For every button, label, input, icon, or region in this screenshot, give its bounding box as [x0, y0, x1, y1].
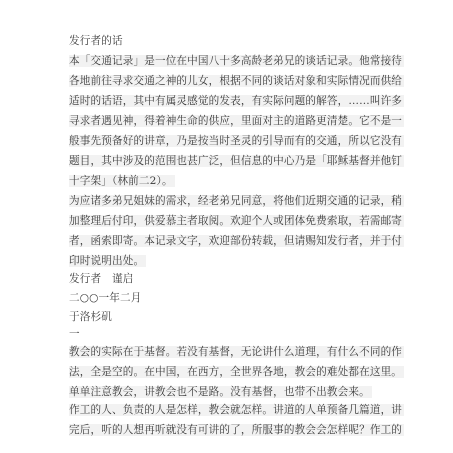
line-text: 题目，其中涉及的范围也甚广泛，但信息的中心乃是「耶稣基督并他钉 — [69, 155, 404, 167]
paragraph-line: 法，全是空的。在中国，在西方，全世界各地，教会的难处都在这里。 — [69, 364, 404, 380]
line-text: 教会的实际在于基督。若没有基督，无论讲什么道理，有什么不同的作 — [69, 346, 404, 358]
paragraph-line: 十字架」（林前二2）。 — [69, 173, 175, 189]
line-text: 作工的人、负责的人是怎样，教会就怎样。讲道的人单预备几篇道，讲 — [69, 404, 404, 416]
paragraph-line: 适时的话语，其中有属灵感觉的发表，有实际问题的解答，……叫许多 — [69, 93, 404, 109]
line-text: 本「交通记录」是一位在中国八十多高龄老弟兄的谈话记录。他常接待 — [69, 55, 404, 67]
line-text: 一 — [69, 328, 80, 340]
paragraph-line: 印时说明出处。 — [69, 253, 146, 269]
paragraph-line: 寻求者遇见神，得着神生命的供应，里面对主的道路更清楚。它不是一 — [69, 113, 404, 129]
line-text: 适时的话语，其中有属灵感觉的发表，有实际问题的解答，……叫许多 — [69, 95, 404, 107]
paragraph-line: 单单注意教会，讲教会也不是路。没有基督，也带不出教会来。 — [69, 384, 372, 400]
line-text: 完后，听的人想再听就没有可讲的了，所服事的教会会怎样呢？作工的 — [69, 424, 404, 436]
line-text: 印时说明出处。 — [69, 255, 146, 267]
line-text: 二○○一年二月 — [69, 292, 142, 304]
section-number: 一 — [69, 326, 80, 342]
line-text: 般事先预备好的讲章，乃是按当时圣灵的引导而有的交通，所以它没有 — [69, 135, 404, 147]
line-text: 发行者的话 — [69, 35, 123, 47]
paragraph-line: 加整理后付印，供爱慕主者取阅。欢迎个人或团体免费索取，若需邮寄 — [69, 213, 404, 229]
line-text: 寻求者遇见神，得着神生命的供应，里面对主的道路更清楚。它不是一 — [69, 115, 404, 127]
paragraph-line: 作工的人、负责的人是怎样，教会就怎样。讲道的人单预备几篇道，讲 — [69, 402, 404, 418]
document-page: 发行者的话 本「交通记录」是一位在中国八十多高龄老弟兄的谈话记录。他常接待 各地… — [0, 0, 453, 453]
line-text: 者，函索即寄。本记录文字，欢迎部份转载，但请赐知发行者，并于付 — [69, 235, 404, 247]
line-text: 十字架」（林前二2）。 — [69, 175, 175, 187]
line-text: 单单注意教会，讲教会也不是路。没有基督，也带不出教会来。 — [69, 386, 372, 398]
paragraph-line: 本「交通记录」是一位在中国八十多高龄老弟兄的谈话记录。他常接待 — [69, 53, 404, 69]
paragraph-line: 完后，听的人想再听就没有可讲的了，所服事的教会会怎样呢？作工的 — [69, 422, 404, 438]
line-text: 为应诸多弟兄姐妹的需求，经老弟兄同意，将他们近期交通的记录，稍 — [69, 195, 404, 207]
paragraph-line: 般事先预备好的讲章，乃是按当时圣灵的引导而有的交通，所以它没有 — [69, 133, 404, 149]
paragraph-line: 教会的实际在于基督。若没有基督，无论讲什么道理，有什么不同的作 — [69, 344, 404, 360]
signature-line: 发行者 谨启 — [69, 271, 133, 287]
paragraph-line: 题目，其中涉及的范围也甚广泛，但信息的中心乃是「耶稣基督并他钉 — [69, 153, 404, 169]
paragraph-line: 者，函索即寄。本记录文字，欢迎部份转载，但请赐知发行者，并于付 — [69, 233, 404, 249]
line-text: 法，全是空的。在中国，在西方，全世界各地，教会的难处都在这里。 — [69, 366, 404, 378]
line-text: 于洛杉矶 — [69, 311, 112, 323]
paragraph-line: 为应诸多弟兄姐妹的需求，经老弟兄同意，将他们近期交通的记录，稍 — [69, 193, 404, 209]
line-text: 发行者 谨启 — [69, 273, 133, 285]
location-line: 于洛杉矶 — [69, 309, 112, 325]
date-line: 二○○一年二月 — [69, 290, 142, 306]
heading-publisher-words: 发行者的话 — [69, 33, 123, 49]
line-text: 各地前往寻求交通之神的儿女，根据不同的谈话对象和实际情况而供给 — [69, 75, 404, 87]
line-text: 加整理后付印，供爱慕主者取阅。欢迎个人或团体免费索取，若需邮寄 — [69, 215, 404, 227]
paragraph-line: 各地前往寻求交通之神的儿女，根据不同的谈话对象和实际情况而供给 — [69, 73, 404, 89]
